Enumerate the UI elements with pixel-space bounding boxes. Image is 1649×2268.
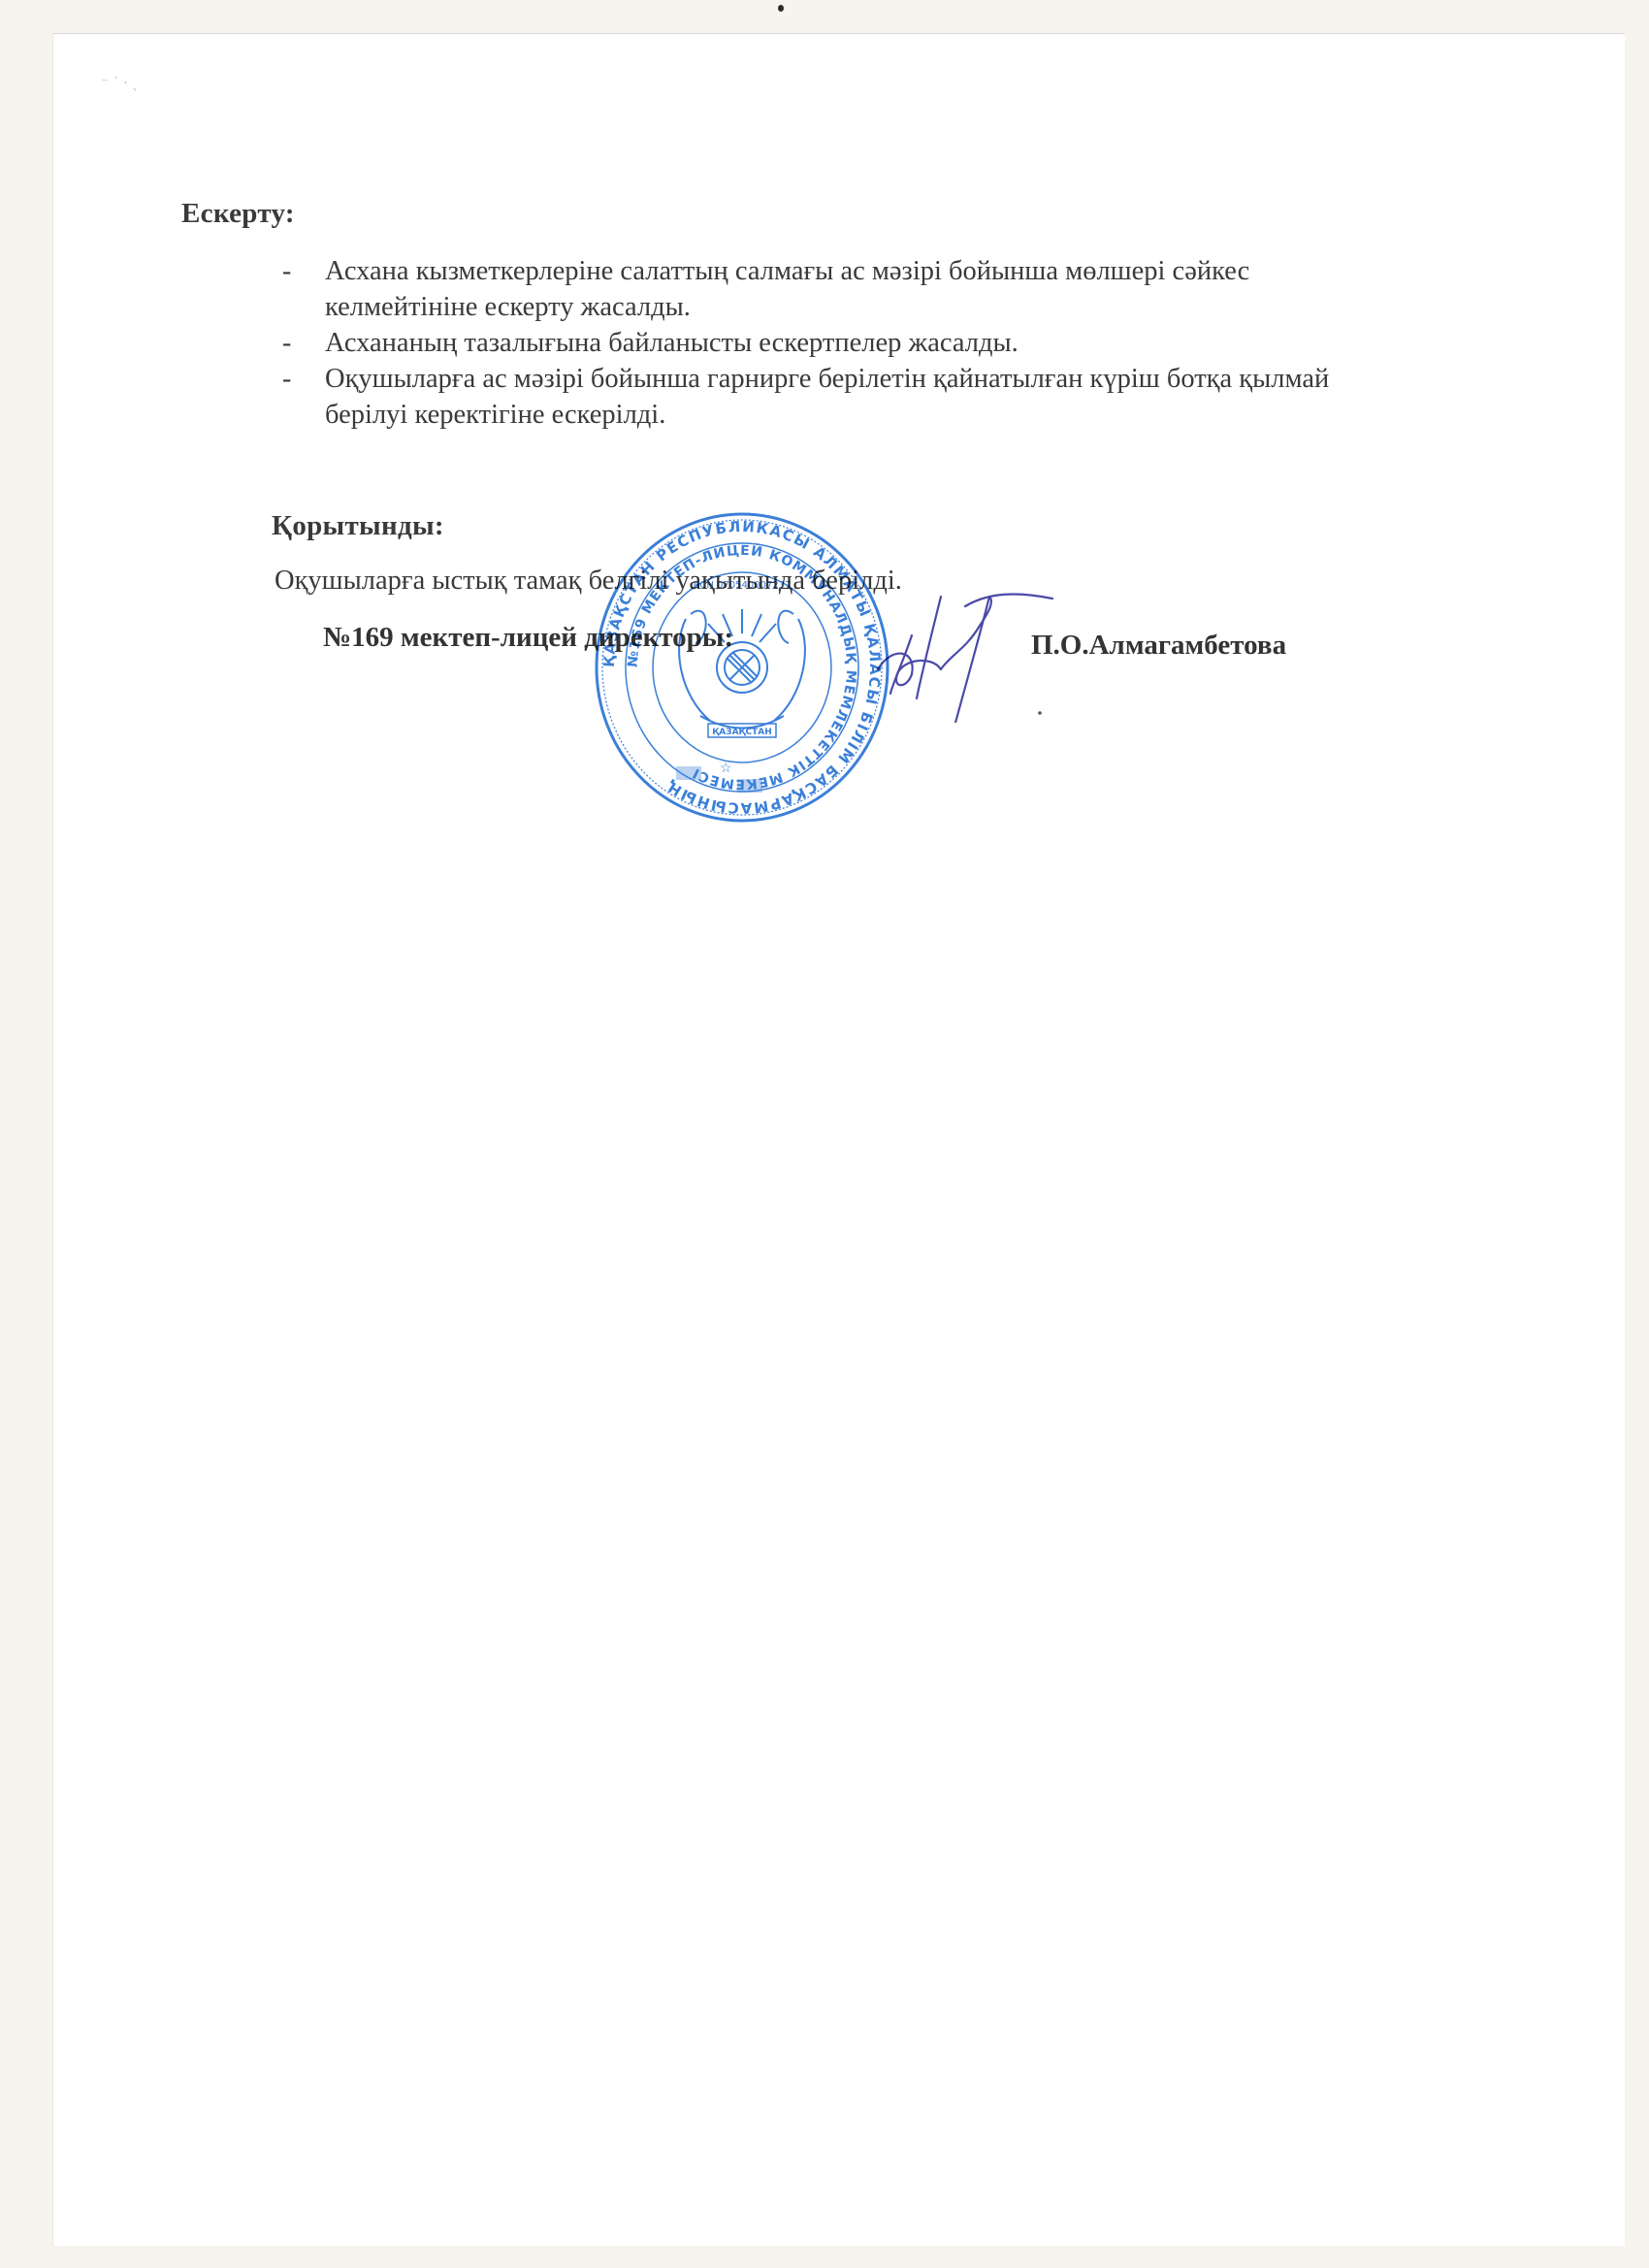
bullet-dash: -	[282, 330, 291, 357]
scan-speck	[778, 5, 784, 12]
remark-line: Асхана кызметкерлеріне салаттың салмағы …	[325, 258, 1249, 286]
remark-line: Асхананың тазалығына байланысты ескертпе…	[325, 330, 1018, 358]
svg-text:☆: ☆	[720, 761, 732, 776]
svg-text:ҚАЗАҚСТАН: ҚАЗАҚСТАН	[712, 728, 772, 737]
signature-icon	[873, 577, 1077, 723]
remark-line: Оқушыларға ас мәзірі бойынша гарнирге бе…	[325, 366, 1329, 394]
remark-line: келмейтініне ескерту жасалды.	[325, 294, 691, 322]
conclusion-heading: Қорытынды:	[272, 512, 444, 540]
svg-text:БСН 070540007237: БСН 070540007237	[694, 580, 792, 591]
bullet-dash: -	[282, 258, 291, 285]
remark-line: берілуі керектігіне ескерілді.	[325, 402, 665, 430]
bullet-dash: -	[282, 366, 291, 393]
remark-heading: Ескерту:	[181, 200, 295, 228]
official-stamp-icon: ҚАЗАҚСТАН РЕСПУБЛИКАСЫ АЛМАТЫ ҚАЛАСЫ БІЛ…	[594, 512, 890, 823]
scan-artifact: ⁻ ˙ · ˎ	[101, 76, 139, 91]
